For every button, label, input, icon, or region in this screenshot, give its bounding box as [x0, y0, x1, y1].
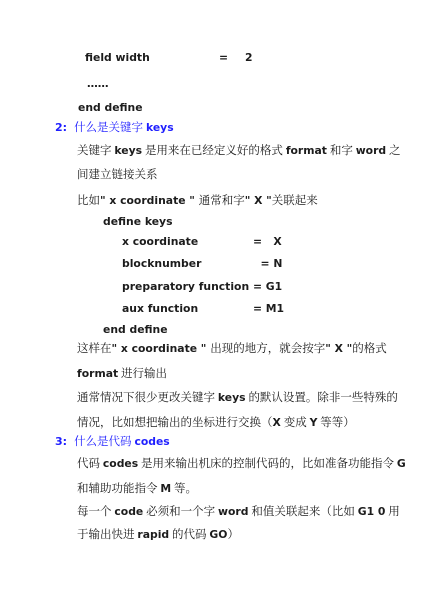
text-run: 等等）	[317, 417, 354, 429]
define-keys-row: blocknumber = N	[122, 256, 282, 271]
text-run: word	[356, 144, 386, 157]
define-keys-row: preparatory function= G1	[122, 279, 282, 294]
text-run: M	[160, 482, 171, 495]
field-width-label: field width	[85, 50, 219, 65]
text-run: codes	[103, 457, 138, 470]
key-label: x coordinate	[122, 234, 253, 249]
text-run: " X "	[325, 342, 352, 355]
text-run: 关键字	[77, 145, 114, 157]
section-title-en: keys	[146, 121, 174, 134]
paragraph-line: 间建立链接关系	[77, 168, 158, 183]
text-run: " x coordinate "	[112, 342, 211, 355]
paragraph-line: 关键字 keys 是用来在已经定义好的格式 format 和字 word 之	[77, 143, 401, 159]
section-number: 2:	[55, 121, 67, 134]
paragraph-line: 代码 codes 是用来输出机床的控制代码的，比如准备功能指令 G	[77, 456, 406, 472]
text-run: 之	[386, 145, 400, 157]
text-run: 通常情况下很少更改关键字	[77, 392, 218, 404]
text-run: rapid	[137, 528, 169, 541]
text-run: 的格式	[352, 343, 387, 355]
key-value: = X	[253, 235, 282, 248]
text-run: GO	[209, 528, 227, 541]
paragraph-line: 这样在" x coordinate " 出现的地方，就会按字" X "的格式	[77, 341, 387, 357]
section-heading-3: 3:什么是代码 codes	[55, 434, 170, 450]
text-run: format	[286, 144, 327, 157]
text-run: 是用来在已经定义好的格式	[142, 145, 286, 157]
text-run: 的代码	[169, 529, 209, 541]
key-label: blocknumber	[122, 256, 253, 271]
text-run: 变成	[281, 417, 310, 429]
text-run: 情况，比如想把输出的坐标进行交换（	[77, 417, 273, 429]
text-run: 和辅助功能指令	[77, 483, 160, 495]
paragraph-line: 于输出快进 rapid 的代码 GO）	[77, 527, 239, 543]
key-value: = G1	[253, 280, 282, 293]
equals-sign: =	[219, 50, 245, 65]
text-run: X	[273, 416, 281, 429]
code-line-field-width: field width=2	[85, 50, 253, 65]
paragraph-line: 情况，比如想把输出的坐标进行交换（X 变成 Y 等等）	[77, 415, 355, 431]
document-page: field width=2 …… end define 2:什么是关键字 key…	[0, 0, 424, 600]
define-keys-row: aux function= M1	[122, 301, 284, 316]
text-run: ）	[227, 529, 239, 541]
text-run: word	[218, 505, 248, 518]
text-run: " X "	[245, 194, 272, 207]
key-label: preparatory function	[122, 279, 253, 294]
key-label: aux function	[122, 301, 253, 316]
paragraph-line: 比如" x coordinate " 通常和字" X "关联起来	[77, 193, 318, 209]
text-run: code	[114, 505, 143, 518]
text-run: format	[77, 367, 118, 380]
paragraph-line: 每一个 code 必须和一个字 word 和值关联起来（比如 G1 0 用	[77, 504, 400, 520]
text-run: 和字	[327, 145, 356, 157]
field-width-value: 2	[245, 51, 253, 64]
text-run: keys	[218, 391, 246, 404]
text-run: 通常和字	[199, 195, 245, 207]
paragraph-line: format 进行输出	[77, 366, 167, 382]
section-title-en: codes	[134, 435, 169, 448]
text-run: 和值关联起来（比如	[248, 506, 357, 518]
text-run: 的默认设置。除非一些特殊的	[246, 392, 398, 404]
code-line-ellipsis: ……	[87, 76, 109, 91]
section-number: 3:	[55, 435, 67, 448]
paragraph-line: 和辅助功能指令 M 等。	[77, 481, 197, 497]
text-run: G1 0	[358, 505, 386, 518]
key-value: = N	[253, 257, 282, 270]
text-run: 等。	[171, 483, 197, 495]
text-run: 每一个	[77, 506, 114, 518]
text-run: 于输出快进	[77, 529, 137, 541]
text-run: " x coordinate "	[100, 194, 199, 207]
text-run: 代码	[77, 458, 103, 470]
define-keys-open: define keys	[103, 214, 173, 229]
text-run: G	[397, 457, 406, 470]
text-run: 关联起来	[272, 195, 318, 207]
text-run: keys	[114, 144, 142, 157]
text-run: 出现的地方，就会按字	[210, 343, 325, 355]
paragraph-line: 通常情况下很少更改关键字 keys 的默认设置。除非一些特殊的	[77, 390, 398, 406]
text-run: 是用来输出机床的控制代码的，比如准备功能指令	[138, 458, 397, 470]
key-value: = M1	[253, 302, 284, 315]
text-run: 用	[385, 506, 399, 518]
define-keys-close: end define	[103, 322, 168, 337]
text-run: 这样在	[77, 343, 112, 355]
text-run: 比如	[77, 195, 100, 207]
text-run: 间建立链接关系	[77, 169, 158, 181]
code-line-end-define: end define	[78, 100, 143, 115]
text-run: 必须和一个字	[143, 506, 218, 518]
text-run: 进行输出	[118, 368, 167, 380]
section-title-cn: 什么是关键字	[74, 122, 146, 134]
define-keys-row: x coordinate= X	[122, 234, 282, 249]
section-title-cn: 什么是代码	[74, 436, 134, 448]
section-heading-2: 2:什么是关键字 keys	[55, 120, 174, 136]
